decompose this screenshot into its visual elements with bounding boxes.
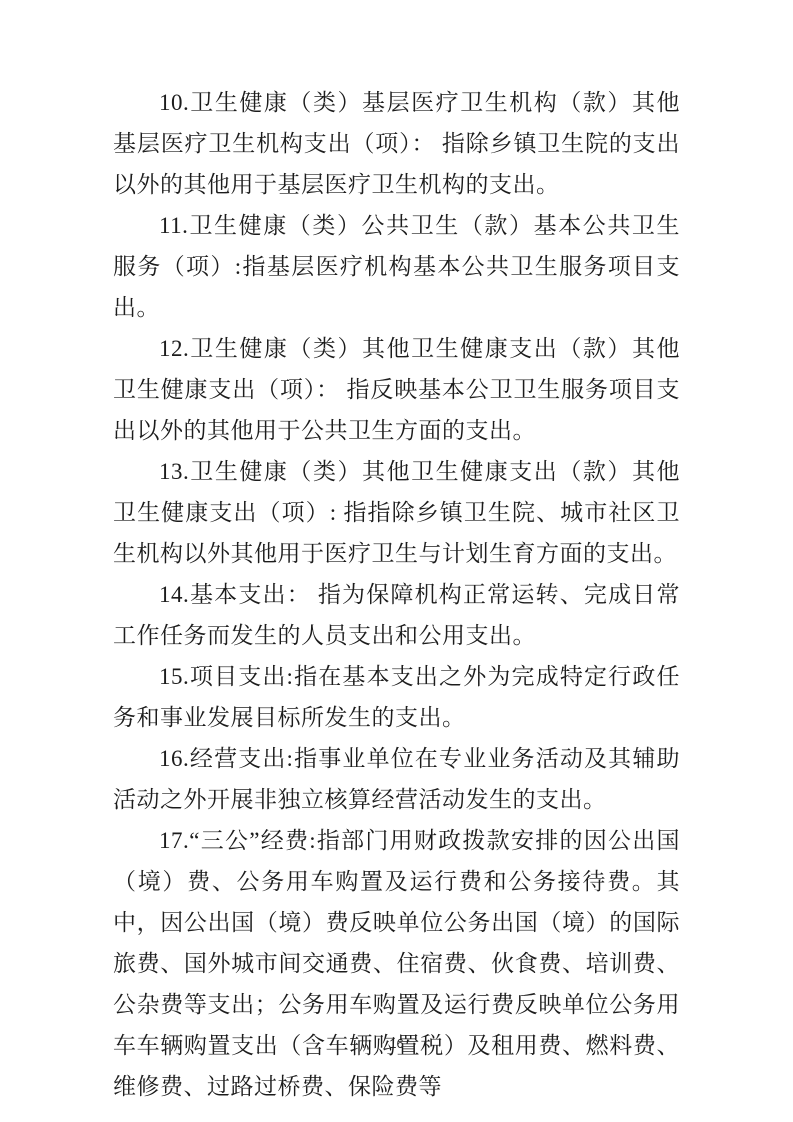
paragraph-item-13: 13.卫生健康（类）其他卫生健康支出（款）其他卫生健康支出（项）: 指指除乡镇卫… — [113, 451, 680, 574]
document-page: 10.卫生健康（类）基层医疗卫生机构（款）其他基层医疗卫生机构支出（项）： 指除… — [0, 0, 793, 1122]
page-number: 16 — [0, 1036, 793, 1051]
paragraph-item-14: 14.基本支出： 指为保障机构正常运转、完成日常工作任务而发生的人员支出和公用支… — [113, 574, 680, 656]
paragraph-item-17: 17.“三公”经费:指部门用财政拨款安排的因公出国（境）费、公务用车购置及运行费… — [113, 820, 680, 1107]
paragraph-item-11: 11.卫生健康（类）公共卫生（款）基本公共卫生服务（项）:指基层医疗机构基本公共… — [113, 205, 680, 328]
paragraph-item-10: 10.卫生健康（类）基层医疗卫生机构（款）其他基层医疗卫生机构支出（项）： 指除… — [113, 82, 680, 205]
document-body: 10.卫生健康（类）基层医疗卫生机构（款）其他基层医疗卫生机构支出（项）： 指除… — [113, 82, 680, 1107]
paragraph-item-16: 16.经营支出:指事业单位在专业业务活动及其辅助活动之外开展非独立核算经营活动发… — [113, 738, 680, 820]
paragraph-item-12: 12.卫生健康（类）其他卫生健康支出（款）其他卫生健康支出（项）： 指反映基本公… — [113, 328, 680, 451]
paragraph-item-15: 15.项目支出:指在基本支出之外为完成特定行政任务和事业发展目标所发生的支出。 — [113, 656, 680, 738]
